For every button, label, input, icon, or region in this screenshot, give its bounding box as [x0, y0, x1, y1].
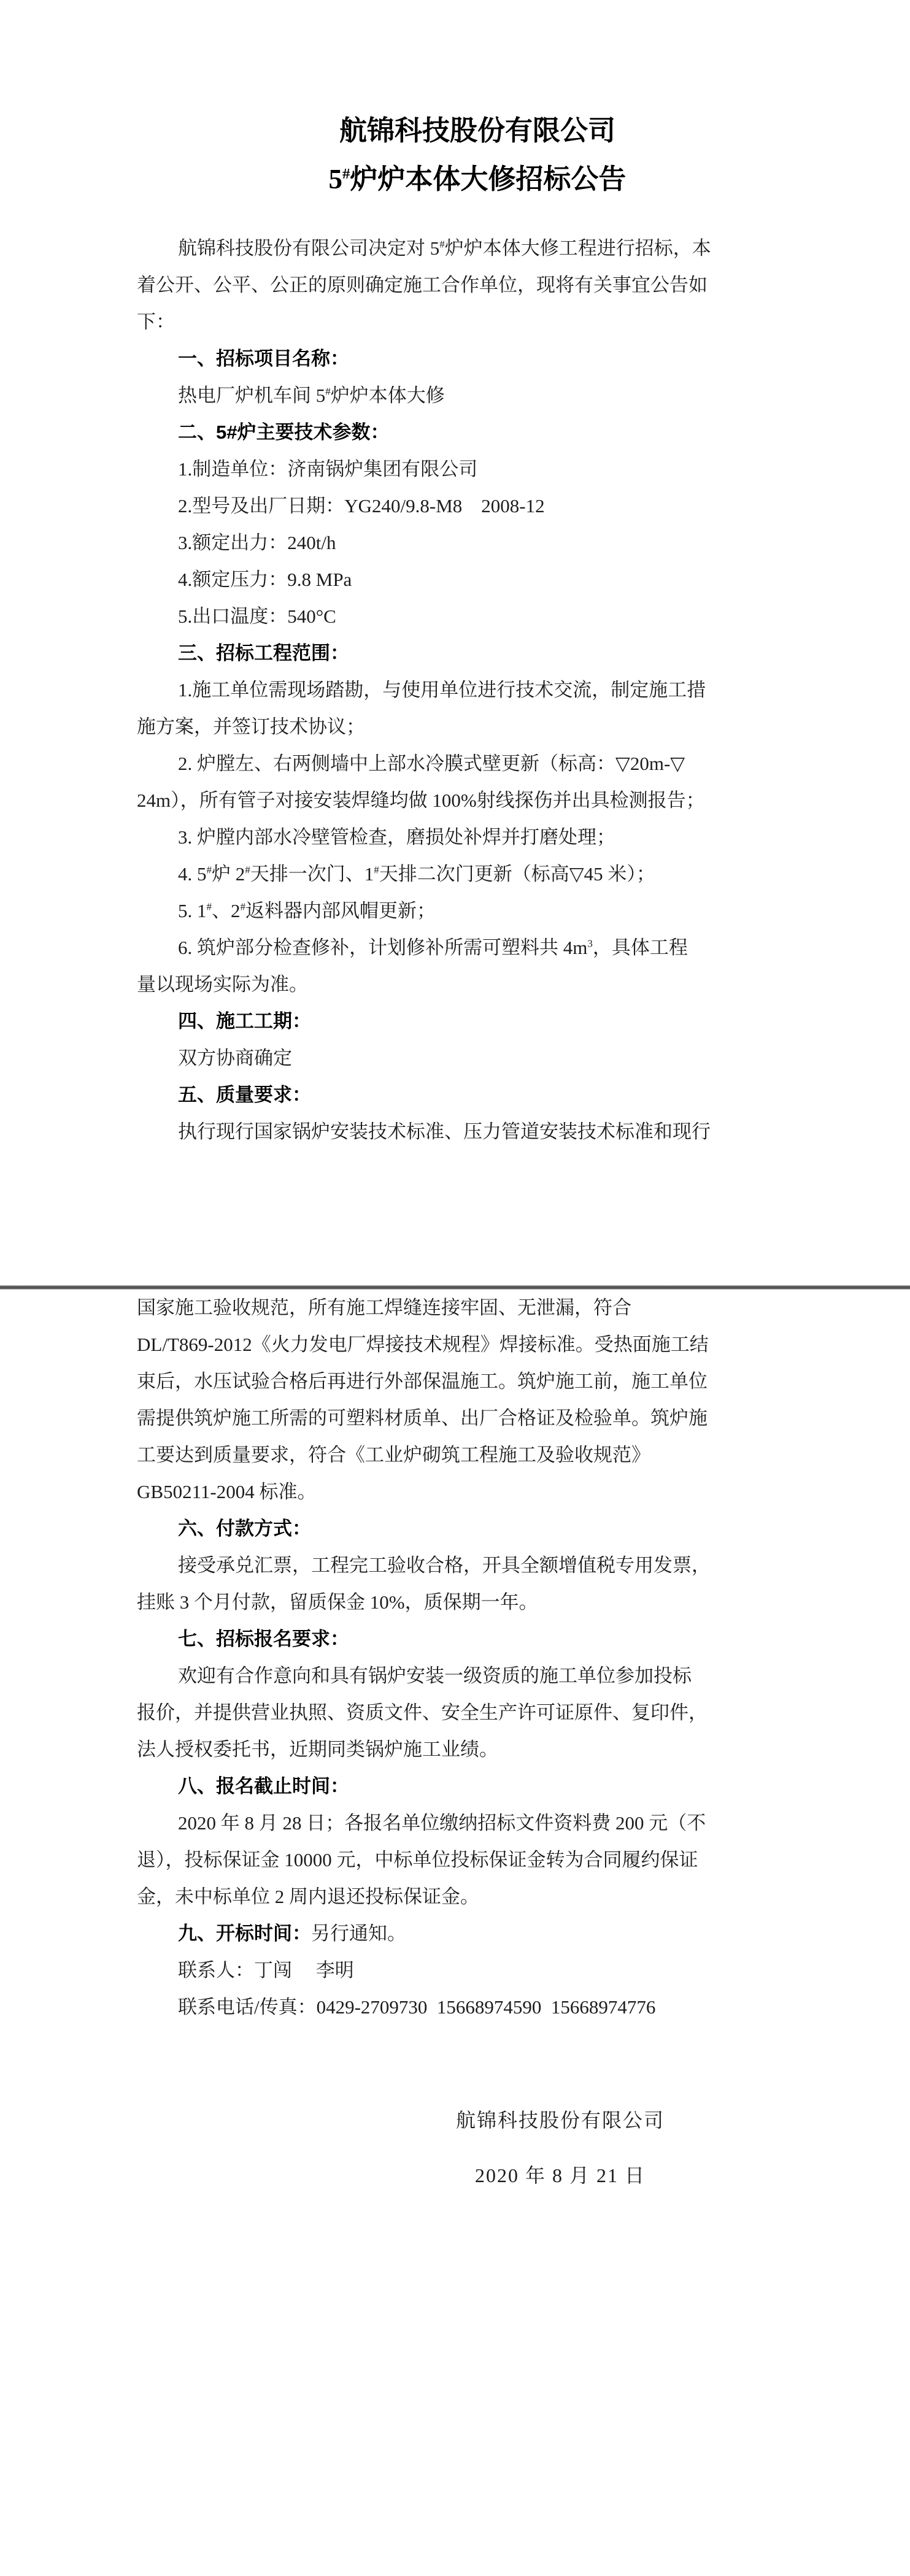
- text-segment: 着公开、公平、公正的原则确定施工合作单位，现将有关事宜公告如: [137, 274, 708, 296]
- text-segment: 4.额定压力：9.8 MPa: [178, 569, 352, 590]
- text-line: 工要达到质量要求，符合《工业炉砌筑工程施工及验收规范》: [137, 1437, 818, 1474]
- section-heading-2: 二、5#炉主要技术参数：: [137, 414, 818, 451]
- contact-phone-line: 联系电话/传真：0429-2709730 15668974590 1566897…: [137, 1989, 818, 2026]
- text-segment: 24m），所有管子对接安装焊缝均做 100%射线探伤并出具检测报告；: [137, 790, 705, 811]
- text-segment: #: [325, 386, 331, 398]
- text-line: 4.额定压力：9.8 MPa: [137, 561, 818, 598]
- text-segment: 另行通知。: [311, 1923, 406, 1944]
- text-segment: 金，未中标单位 2 周内退还投标保证金。: [137, 1886, 479, 1907]
- text-segment: #: [439, 239, 445, 250]
- document-page-1: 航锦科技股份有限公司5#炉炉本体大修招标公告航锦科技股份有限公司决定对 5#炉炉…: [0, 0, 910, 1285]
- text-line: 3.额定出力：240t/h: [137, 525, 818, 561]
- heading-text: 三、招标工程范围：: [178, 642, 349, 664]
- section-heading-3: 三、招标工程范围：: [137, 635, 818, 672]
- text-segment: 热电厂炉机车间 5: [178, 385, 325, 406]
- text-segment: 2.型号及出厂日期：YG240/9.8-M8 2008-12: [178, 495, 545, 517]
- text-segment: 施方案，并签订技术协议；: [137, 716, 365, 737]
- section-heading-1: 一、招标项目名称：: [137, 340, 818, 377]
- signature-company: 航锦科技股份有限公司: [456, 2102, 665, 2139]
- text-segment: 6. 筑炉部分检查修补，计划修补所需可塑料共 4m: [178, 937, 587, 958]
- text-line: 3. 炉膛内部水冷壁管检查，磨损处补焊并打磨处理；: [137, 819, 818, 856]
- text-segment: 束后，水压试验合格后再进行外部保温施工。筑炉施工前，施工单位: [137, 1371, 708, 1392]
- text-segment: 1.施工单位需现场踏勘，与使用单位进行技术交流，制定施工措: [178, 679, 706, 701]
- text-segment: 航锦科技股份有限公司决定对 5: [178, 237, 439, 259]
- text-segment: 5. 1: [178, 900, 207, 921]
- text-segment: 2. 炉膛左、右两侧墙中上部水冷膜式壁更新（标高：▽20m-▽: [178, 753, 685, 774]
- text-segment: GB50211-2004 标准。: [137, 1481, 317, 1502]
- text-line: 5.出口温度：540°C: [137, 598, 818, 635]
- text-segment: 5: [329, 164, 343, 194]
- text-line: 需提供筑炉施工所需的可塑料材质单、出厂合格证及检验单。筑炉施: [137, 1400, 818, 1437]
- section-heading-4: 四、施工工期：: [137, 1003, 818, 1040]
- text-segment: 4. 5: [178, 863, 207, 885]
- text-line: 5. 1#、2#返料器内部风帽更新；: [137, 893, 818, 929]
- text-line: 国家施工验收规范，所有施工焊缝连接牢固、无泄漏，符合: [137, 1290, 818, 1326]
- text-segment: 炉炉本体大修招标公告: [350, 164, 626, 194]
- heading-text: 六、付款方式：: [178, 1518, 311, 1539]
- text-segment: 法人授权委托书，近期同类锅炉施工业绩。: [137, 1739, 498, 1760]
- text-segment: #: [207, 901, 212, 913]
- text-line: GB50211-2004 标准。: [137, 1474, 818, 1510]
- text-segment: 联系人：丁闯 李明: [178, 1959, 354, 1981]
- heading-text: 五、质量要求：: [178, 1084, 311, 1105]
- heading-text: 四、施工工期：: [178, 1010, 311, 1032]
- text-line: DL/T869-2012《火力发电厂焊接技术规程》焊接标准。受热面施工结: [137, 1326, 818, 1363]
- page-2-content: 国家施工验收规范，所有施工焊缝连接牢固、无泄漏，符合DL/T869-2012《火…: [0, 1290, 910, 2026]
- text-segment: 工要达到质量要求，符合《工业炉砌筑工程施工及验收规范》: [137, 1444, 650, 1466]
- text-segment: 国家施工验收规范，所有施工焊缝连接牢固、无泄漏，符合: [137, 1297, 631, 1318]
- text-line: 2020 年 8 月 28 日；各报名单位缴纳招标文件资料费 200 元（不: [137, 1805, 818, 1842]
- text-line: 量以现场实际为准。: [137, 966, 818, 1003]
- text-line: 6. 筑炉部分检查修补，计划修补所需可塑料共 4m3，具体工程: [137, 929, 818, 966]
- section-heading-9: 九、开标时间：另行通知。: [137, 1915, 818, 1952]
- text-segment: #: [374, 864, 379, 876]
- text-line: 退），投标保证金 10000 元，中标单位投标保证金转为合同履约保证: [137, 1842, 818, 1878]
- text-segment: 欢迎有合作意向和具有锅炉安装一级资质的施工单位参加投标: [178, 1665, 692, 1686]
- text-segment: 执行现行国家锅炉安装技术标准、压力管道安装技术标准和现行: [178, 1121, 711, 1142]
- text-line: 法人授权委托书，近期同类锅炉施工业绩。: [137, 1731, 818, 1768]
- document-page-2: 国家施工验收规范，所有施工焊缝连接牢固、无泄漏，符合DL/T869-2012《火…: [0, 1290, 910, 2576]
- document-title: 航锦科技股份有限公司: [137, 0, 818, 148]
- heading-text: 一、招标项目名称：: [178, 348, 349, 369]
- text-line: 下：: [137, 304, 818, 340]
- text-line: 1.施工单位需现场踏勘，与使用单位进行技术交流，制定施工措: [137, 672, 818, 709]
- text-segment: 接受承兑汇票，工程完工验收合格，开具全额增值税专用发票，: [178, 1555, 711, 1576]
- heading-text: 九、开标时间：: [178, 1923, 311, 1944]
- text-segment: 返料器内部风帽更新；: [245, 900, 436, 921]
- text-line: 2.型号及出厂日期：YG240/9.8-M8 2008-12: [137, 488, 818, 525]
- text-line: 欢迎有合作意向和具有锅炉安装一级资质的施工单位参加投标: [137, 1658, 818, 1694]
- text-segment: 天排二次门更新（标高▽45 米）；: [379, 863, 655, 885]
- text-segment: 下：: [137, 311, 175, 333]
- heading-text: 八、报名截止时间：: [178, 1775, 349, 1797]
- text-segment: #: [245, 864, 250, 876]
- text-line: 航锦科技股份有限公司决定对 5#炉炉本体大修工程进行招标，本: [137, 230, 818, 267]
- text-segment: #: [241, 901, 246, 913]
- text-segment: 3.额定出力：240t/h: [178, 532, 336, 553]
- text-line: 热电厂炉机车间 5#炉炉本体大修: [137, 377, 818, 414]
- section-heading-5: 五、质量要求：: [137, 1077, 818, 1113]
- text-line: 金，未中标单位 2 周内退还投标保证金。: [137, 1878, 818, 1915]
- text-line: 束后，水压试验合格后再进行外部保温施工。筑炉施工前，施工单位: [137, 1363, 818, 1400]
- text-segment: 炉炉本体大修: [331, 385, 445, 406]
- text-line: 报价，并提供营业执照、资质文件、安全生产许可证原件、复印件，: [137, 1694, 818, 1731]
- section-heading-7: 七、招标报名要求：: [137, 1621, 818, 1658]
- text-segment: #: [342, 166, 350, 182]
- signature-block: 航锦科技股份有限公司 2020 年 8 月 21 日: [456, 2102, 665, 2194]
- text-line: 接受承兑汇票，工程完工验收合格，开具全额增值税专用发票，: [137, 1547, 818, 1584]
- text-line: 双方协商确定: [137, 1040, 818, 1077]
- heading-text: 七、招标报名要求：: [178, 1628, 349, 1650]
- text-segment: 、2: [212, 900, 241, 921]
- text-line: 着公开、公平、公正的原则确定施工合作单位，现将有关事宜公告如: [137, 267, 818, 304]
- text-segment: 炉炉本体大修工程进行招标，本: [445, 237, 711, 259]
- text-line: 2. 炉膛左、右两侧墙中上部水冷膜式壁更新（标高：▽20m-▽: [137, 745, 818, 782]
- text-line: 执行现行国家锅炉安装技术标准、压力管道安装技术标准和现行: [137, 1113, 818, 1150]
- page-separator: [0, 1285, 910, 1290]
- text-segment: 1.制造单位：济南锅炉集团有限公司: [178, 458, 477, 480]
- text-segment: 5.出口温度：540°C: [178, 606, 336, 627]
- text-segment: 量以现场实际为准。: [137, 974, 308, 995]
- text-segment: 挂账 3 个月付款，留质保金 10%，质保期一年。: [137, 1591, 538, 1613]
- text-segment: 炉 2: [212, 863, 245, 885]
- heading-text: 二、5#炉主要技术参数：: [178, 421, 389, 443]
- page-1-content: 航锦科技股份有限公司5#炉炉本体大修招标公告航锦科技股份有限公司决定对 5#炉炉…: [0, 0, 910, 1150]
- text-line: 施方案，并签订技术协议；: [137, 709, 818, 745]
- text-segment: 联系电话/传真：0429-2709730 15668974590 1566897…: [178, 1996, 655, 2018]
- section-heading-8: 八、报名截止时间：: [137, 1768, 818, 1805]
- text-segment: 3: [587, 938, 593, 950]
- text-segment: 天排一次门、1: [250, 863, 374, 885]
- text-segment: 退），投标保证金 10000 元，中标单位投标保证金转为合同履约保证: [137, 1849, 698, 1870]
- text-segment: 2020 年 8 月 28 日；各报名单位缴纳招标文件资料费 200 元（不: [178, 1812, 706, 1834]
- text-line: 挂账 3 个月付款，留质保金 10%，质保期一年。: [137, 1584, 818, 1621]
- text-segment: DL/T869-2012《火力发电厂焊接技术规程》焊接标准。受热面施工结: [137, 1334, 709, 1355]
- text-line: 4. 5#炉 2#天排一次门、1#天排二次门更新（标高▽45 米）；: [137, 856, 818, 893]
- text-line: 1.制造单位：济南锅炉集团有限公司: [137, 451, 818, 488]
- text-segment: 航锦科技股份有限公司: [339, 115, 615, 146]
- text-segment: ，具体工程: [593, 937, 688, 958]
- document-subtitle: 5#炉炉本体大修招标公告: [137, 162, 818, 196]
- text-segment: 报价，并提供营业执照、资质文件、安全生产许可证原件、复印件，: [137, 1702, 708, 1723]
- text-segment: 双方协商确定: [178, 1047, 292, 1069]
- text-segment: 3. 炉膛内部水冷壁管检查，磨损处补焊并打磨处理；: [178, 826, 615, 848]
- text-line: 24m），所有管子对接安装焊缝均做 100%射线探伤并出具检测报告；: [137, 782, 818, 819]
- text-segment: 需提供筑炉施工所需的可塑料材质单、出厂合格证及检验单。筑炉施: [137, 1407, 708, 1429]
- contact-person-line: 联系人：丁闯 李明: [137, 1952, 818, 1989]
- text-segment: #: [207, 864, 212, 876]
- signature-date: 2020 年 8 月 21 日: [456, 2157, 665, 2194]
- section-heading-6: 六、付款方式：: [137, 1510, 818, 1547]
